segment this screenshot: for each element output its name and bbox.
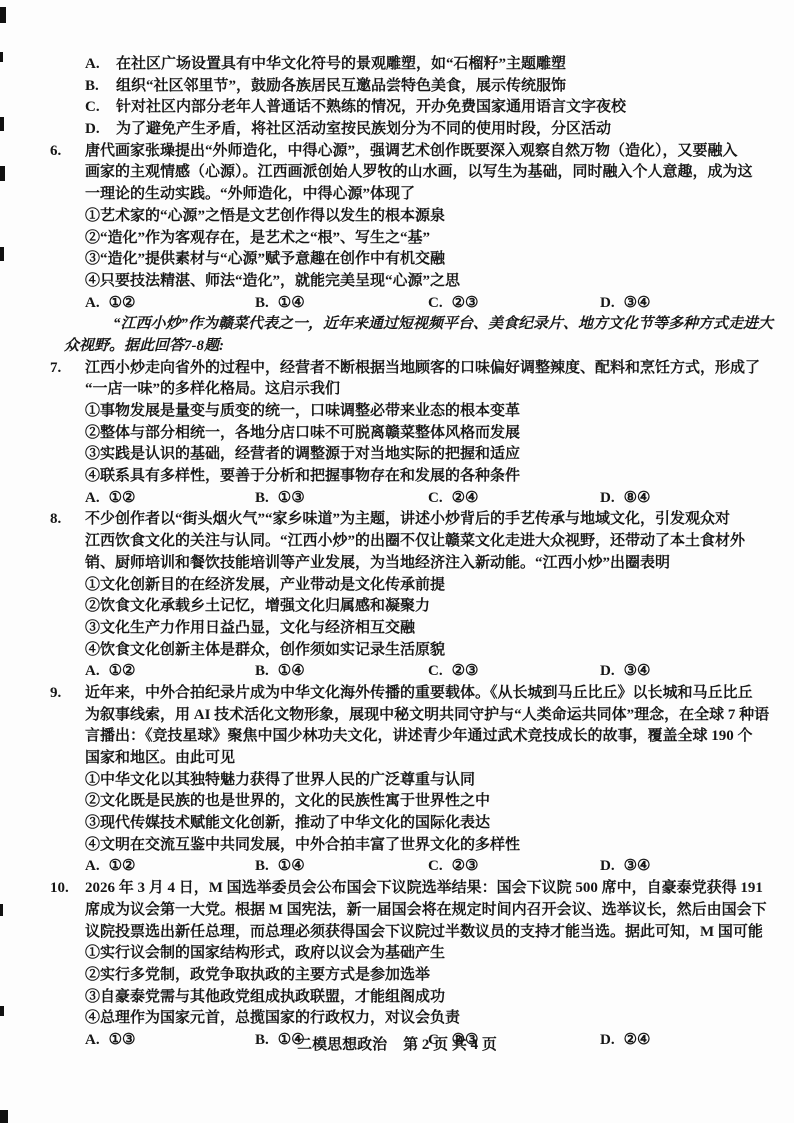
scan-artifact [0,166,5,181]
statement-item: ①事物发展是量变与质变的统一，口味调整必带来业态的根本变革 [85,401,764,423]
question-10: 10.2026 年 3 月 4 日，M 国选举委员会公布国会下议院选举结果：国会… [64,878,764,1052]
choice-text: 针对社区内部分老年人普通话不熟练的情况，开办免费国家通用语言文字夜校 [116,99,626,115]
choice-label: D. [85,119,116,141]
choice-value: ②④ [452,490,479,506]
choice-label: B. [255,663,269,679]
stem-text: 唐代画家张璪提出“外师造化，中得心源”，强调艺术创作既要深入观察自然万物（造化）… [85,143,738,159]
question-stem-line: 为叙事线索，用 AI 技术活化文物形象，展现中秘文明共同守护与“人类命运共同体”… [85,705,764,727]
choice-label: D. [600,490,615,506]
statement-item: ③文化生产力作用日益凸显，文化与经济相互交融 [85,618,764,640]
stem-text: 2026 年 3 月 4 日，M 国选举委员会公布国会下议院选举结果：国会下议院… [85,880,763,896]
choice-value: ①② [109,858,136,874]
question-stem-line: 议院投票选出新任总理，而总理必须获得国会下议院过半数议员的支持才能当选。据此可知… [85,922,764,944]
choice-label: D. [600,663,615,679]
question-stem-line: 言播出：《竞技星球》聚焦中国少林功夫文化，讲述青少年通过武术竞技成长的故事，覆盖… [85,726,764,748]
question-stem-line: 画家的主观情感（心源）。江西画派创始人罗牧的山水画，以写生为基础，同时融入个人意… [85,162,764,184]
passage-line: 众视野。据此回答7-8题: [64,336,764,358]
stem-text: 不少创作者以“街头烟火气”“家乡味道”为主题，讲述小炒背后的手艺传承与地域文化，… [85,511,730,527]
choices-row: A.①② B.①④ C.②③ D.③④ [85,293,764,315]
question-stem-line: 6.唐代画家张璪提出“外师造化，中得心源”，强调艺术创作既要深入观察自然万物（造… [85,141,764,163]
choice-label: B. [255,858,269,874]
statement-item: ④联系具有多样性，要善于分析和把握事物存在和发展的各种条件 [85,466,764,488]
choice-value: ①④ [278,663,305,679]
choice-value: ①② [109,295,136,311]
statement-item: ①艺术家的“心源”之悟是文艺创作得以发生的根本源泉 [85,206,764,228]
question-8: 8.不少创作者以“街头烟火气”“家乡味道”为主题，讲述小炒背后的手艺传承与地域文… [64,509,764,683]
choices-row: A.①② B.①③ C.②④ D.⑧④ [85,488,764,510]
choice-label: B. [85,76,116,98]
exam-page: A.在社区广场设置具有中华文化符号的景观雕塑，如“石榴籽”主题雕塑 B.组织“社… [64,54,764,1052]
choice-label: D. [600,858,615,874]
choice-d: D.③④ [600,661,651,683]
footer-doc-title: 二模思想政治 [297,1037,387,1053]
question-stem-line: 8.不少创作者以“街头烟火气”“家乡味道”为主题，讲述小炒背后的手艺传承与地域文… [85,509,764,531]
statement-item: ②整体与部分相统一，各地分店口味不可脱离赣菜整体风格而发展 [85,423,764,445]
scan-artifact [0,7,6,23]
question-stem-line: 席成为议会第一大党。根据 M 国宪法，新一届国会将在规定时间内召开会议、选举议长… [85,900,764,922]
choice-b: B.①④ [255,293,305,315]
choice-value: ①④ [278,858,305,874]
choice-value: ⑧④ [624,490,651,506]
footer-page-info: 第 2 页 共 4 页 [403,1037,497,1053]
statement-item: ③现代传媒技术赋能文化创新，推动了中华文化的国际化表达 [85,813,764,835]
scan-artifact [0,1110,8,1123]
choice-c: C.②④ [428,488,479,510]
question-number: 8. [50,509,82,531]
page-footer: 二模思想政治第 2 页 共 4 页 [0,1035,794,1057]
statement-item: ②饮食文化承载乡土记忆，增强文化归属感和凝聚力 [85,596,764,618]
choice-text: 组织“社区邻里节”，鼓励各族居民互邀品尝特色美食，展示传统服饰 [116,78,566,94]
choice-line-b: B.组织“社区邻里节”，鼓励各族居民互邀品尝特色美食，展示传统服饰 [85,76,764,98]
choice-a: A.①② [85,661,136,683]
choice-a: A.①② [85,293,136,315]
choice-value: ①② [109,490,136,506]
question-7: 7.江西小炒走向省外的过程中，经营者不断根据当地顾客的口味偏好调整辣度、配料和烹… [64,358,764,510]
stem-text: 近年来，中外合拍纪录片成为中华文化海外传播的重要载体。《从长城到马丘比丘》以长城… [85,685,753,701]
statement-item: ②“造化”作为客观存在，是艺术之“根”、写生之“基” [85,228,764,250]
statement-item: ④只要技法精湛、师法“造化”，就能完美呈现“心源”之思 [85,271,764,293]
choice-value: ③④ [624,663,651,679]
passage-intro: “江西小炒”作为赣菜代表之一，近年来通过短视频平台、美食纪录片、地方文化节等多种… [64,314,764,357]
statement-item: ①文化创新目的在经济发展，产业带动是文化传承前提 [85,575,764,597]
scan-artifact [0,52,3,62]
question-stem-line: 江西饮食文化的关注与认同。“江西小炒”的出圈不仅让赣菜文化走进大众视野，还带动了… [85,531,764,553]
scan-artifact [0,117,4,131]
question-9: 9.近年来，中外合拍纪录片成为中华文化海外传播的重要载体。《从长城到马丘比丘》以… [64,683,764,878]
choice-label: A. [85,663,100,679]
scan-artifact [0,904,3,916]
statement-item: ①中华文化以其独特魅力获得了世界人民的广泛尊重与认同 [85,770,764,792]
stem-text: 江西小炒走向省外的过程中，经营者不断根据当地顾客的口味偏好调整辣度、配料和烹饪方… [85,360,760,376]
choice-label: A. [85,54,116,76]
choices-row: A.①② B.①④ C.②③ D.③④ [85,661,764,683]
choice-c: C.②③ [428,661,479,683]
statement-item: ②文化既是民族的也是世界的，文化的民族性寓于世界性之中 [85,791,764,813]
question-number: 10. [50,878,82,900]
statement-item: ④总理作为国家元首，总揽国家的行政权力，对议会负责 [85,1008,764,1030]
choice-label: A. [85,295,100,311]
choice-d: D.③④ [600,293,651,315]
choice-label: C. [428,295,443,311]
choice-label: B. [255,295,269,311]
choice-label: A. [85,490,100,506]
question-6: 6.唐代画家张璪提出“外师造化，中得心源”，强调艺术创作既要深入观察自然万物（造… [64,141,764,315]
passage-line: “江西小炒”作为赣菜代表之一，近年来通过短视频平台、美食纪录片、地方文化节等多种… [64,314,764,336]
choice-value: ①③ [278,490,305,506]
choices-row: A.①② B.①④ C.②③ D.③④ [85,856,764,878]
choice-value: ①② [109,663,136,679]
choice-b: B.①③ [255,488,305,510]
choice-label: D. [600,295,615,311]
choice-line-a: A.在社区广场设置具有中华文化符号的景观雕塑，如“石榴籽”主题雕塑 [85,54,764,76]
statement-item: ①实行议会制的国家结构形式，政府以议会为基础产生 [85,943,764,965]
statement-item: ④文明在交流互鉴中共同发展，中外合拍丰富了世界文化的多样性 [85,835,764,857]
statement-item: ②实行多党制，政党争取执政的主要方式是参加选举 [85,965,764,987]
choice-label: C. [85,97,116,119]
choice-line-c: C.针对社区内部分老年人普通话不熟练的情况，开办免费国家通用语言文字夜校 [85,97,764,119]
choice-value: ②③ [452,858,479,874]
choice-label: C. [428,858,443,874]
question-stem-line: 10.2026 年 3 月 4 日，M 国选举委员会公布国会下议院选举结果：国会… [85,878,764,900]
question-stem-line: 国家和地区。由此可见 [85,748,764,770]
choice-line-d: D.为了避免产生矛盾，将社区活动室按民族划分为不同的使用时段，分区活动 [85,119,764,141]
statement-item: ③实践是认识的基础，经营者的调整源于对当地实际的把握和适应 [85,444,764,466]
choice-text: 为了避免产生矛盾，将社区活动室按民族划分为不同的使用时段，分区活动 [116,121,611,137]
choice-value: ②③ [452,663,479,679]
choice-a: A.①② [85,488,136,510]
scan-artifact [0,247,4,261]
choice-d: D.③④ [600,856,651,878]
choice-b: B.①④ [255,661,305,683]
statement-item: ③自豪泰党需与其他政党组成执政联盟，才能组阁成功 [85,987,764,1009]
question-stem-line: 7.江西小炒走向省外的过程中，经营者不断根据当地顾客的口味偏好调整辣度、配料和烹… [85,358,764,380]
choice-value: ③④ [624,295,651,311]
choice-value: ①④ [278,295,305,311]
choice-d: D.⑧④ [600,488,651,510]
scan-artifact [0,1006,4,1016]
choice-a: A.①② [85,856,136,878]
question-stem-line: “一店一味”的多样化格局。这启示我们 [85,379,764,401]
question-stem-line: 销、厨师培训和餐饮技能培训等产业发展，为当地经济注入新动能。“江西小炒”出圈表明 [85,553,764,575]
choice-value: ③④ [624,858,651,874]
choice-label: C. [428,490,443,506]
question-stem-line: 9.近年来，中外合拍纪录片成为中华文化海外传播的重要载体。《从长城到马丘比丘》以… [85,683,764,705]
statement-item: ③“造化”提供素材与“心源”赋予意趣在创作中有机交融 [85,249,764,271]
choice-c: C.②③ [428,293,479,315]
choice-label: C. [428,663,443,679]
choice-label: A. [85,858,100,874]
question-5-choices: A.在社区广场设置具有中华文化符号的景观雕塑，如“石榴籽”主题雕塑 B.组织“社… [64,54,764,141]
question-stem-line: 一理论的生动实践。“外师造化，中得心源”体现了 [85,184,764,206]
choice-b: B.①④ [255,856,305,878]
choice-c: C.②③ [428,856,479,878]
question-number: 6. [50,141,82,163]
choice-value: ②③ [452,295,479,311]
choice-label: B. [255,490,269,506]
statement-item: ④饮食文化创新主体是群众，创作须如实记录生活原貌 [85,640,764,662]
question-number: 9. [50,683,82,705]
choice-text: 在社区广场设置具有中华文化符号的景观雕塑，如“石榴籽”主题雕塑 [116,56,566,72]
question-number: 7. [50,358,82,380]
